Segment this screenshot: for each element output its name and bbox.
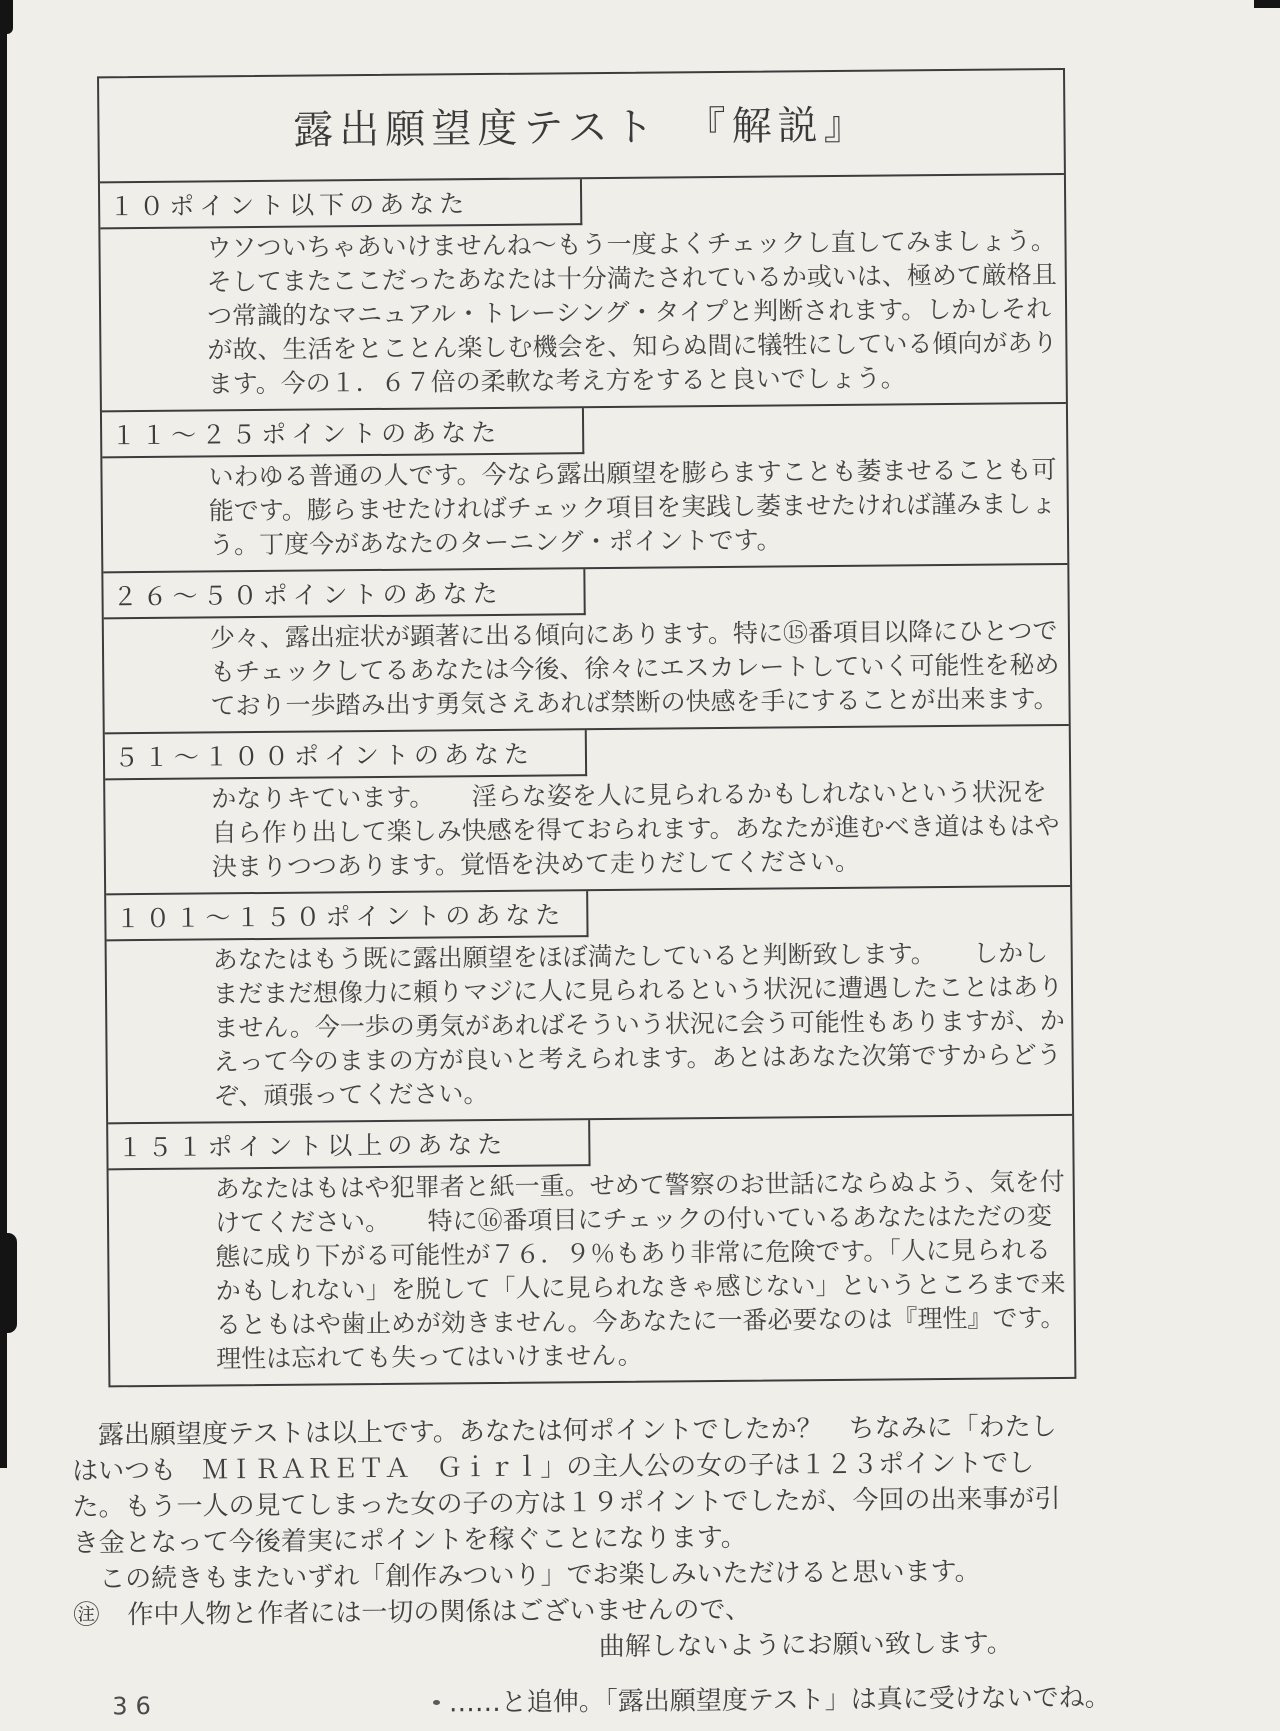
section-body: かなりキています。 淫らな姿を人に見られるかもしれないという状況を自ら作り出して… [211,775,1064,884]
section-header: ５１～１００ポイントのあなた [105,730,587,780]
afterword: 露出願望度テストは以上です。あなたは何ポイントでしたか？ ちなみに「わたしはいつ… [72,1409,1074,1670]
page-title: 露出願望度テスト 『解説』 [99,70,1064,181]
section-header: １０ポイント以下のあなた [100,179,582,229]
section-body: ウソついちゃあいけませんね～もう一度よくチェックし直してみましょう。そしてまたこ… [206,224,1059,401]
author-note-text-continued: 曲解しないようにお願い致します。 [599,1625,1074,1665]
author-note-text: 作中人物と作者には一切の関係はございませんので、 [127,1592,751,1633]
score-section-11-25: １１～２５ポイントのあなた いわゆる普通の人です。今なら露出願望を膨らますことも… [102,402,1067,563]
score-section-101-150: １０１～１５０ポイントのあなた あなたはもう既に露出願望をほぼ満たしていると判断… [106,885,1072,1114]
section-header: ２６～５０ポイントのあなた [103,569,585,619]
section-header: １５１ポイント以上のあなた [108,1120,590,1170]
scanned-page: 露出願望度テスト 『解説』 １０ポイント以下のあなた ウソついちゃあいけませんね… [0,0,1280,1723]
circled-note-icon: ㊟ [73,1597,99,1633]
scan-edge-artifact-top-right [1254,0,1280,8]
section-body: 少々、露出症状が顕著に出る傾向にあります。特に⑮番項目以降にひとつでもチェックし… [210,614,1063,723]
section-header: １０１～１５０ポイントのあなた [106,891,588,941]
scan-speck-artifact [433,1700,440,1705]
scan-edge-artifact-top-left [0,0,13,34]
score-section-51-100: ５１～１００ポイントのあなた かなりキています。 淫らな姿を人に見られるかもしれ… [105,724,1070,885]
section-header: １１～２５ポイントのあなた [102,408,584,458]
score-section-0-10: １０ポイント以下のあなた ウソついちゃあいけませんね～もう一度よくチェックし直し… [100,173,1066,402]
scan-edge-artifact-bottom-left [0,1233,17,1333]
postscript: ……と追伸。「露出願望度テスト」は真に受けないでね。 [449,1677,1111,1720]
afterword-paragraph: 露出願望度テストは以上です。あなたは何ポイントでしたか？ ちなみに「わたしはいつ… [72,1409,1073,1562]
score-section-151-plus: １５１ポイント以上のあなた あなたはもはや犯罪者と紙一重。せめて警察のお世話にな… [108,1114,1074,1377]
page-number: 36 [112,1692,159,1720]
section-body: あなたはもう既に露出願望をほぼ満たしていると判断致します。 しかしまだまだ想像力… [213,936,1066,1113]
section-body: あなたはもはや犯罪者と紙一重。せめて警察のお世話にならぬよう、気を付けてください… [215,1165,1069,1376]
page-footer: 36 ……と追伸。「露出願望度テスト」は真に受けないでね。 [112,1675,1280,1722]
section-body: いわゆる普通の人です。今なら露出願望を膨らますことも萎ませることも可能です。膨ら… [208,453,1061,562]
explanation-box: 露出願望度テスト 『解説』 １０ポイント以下のあなた ウソついちゃあいけませんね… [97,68,1076,1387]
score-section-26-50: ２６～５０ポイントのあなた 少々、露出症状が顕著に出る傾向にあります。特に⑮番項… [103,563,1068,724]
